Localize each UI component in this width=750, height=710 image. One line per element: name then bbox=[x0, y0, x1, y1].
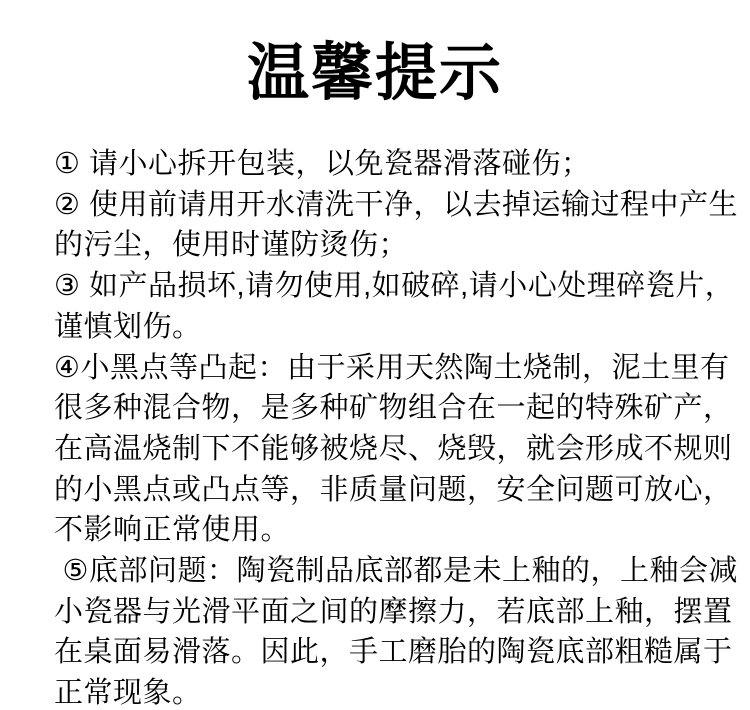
page-title: 温馨提示 bbox=[0, 38, 750, 110]
notice-line-12: 小瓷器与光滑平面之间的摩擦力，若底部上釉，摆置 bbox=[54, 592, 710, 633]
notice-body: ① 请小心拆开包装，以免瓷器滑落碰伤； ② 使用前请用开水清洗干净，以去掉运输过… bbox=[54, 144, 710, 710]
notice-line-3: 的污尘，使用时谨防烫伤； bbox=[54, 225, 710, 266]
notice-line-13: 在桌面易滑落。因此，手工磨胎的陶瓷底部粗糙属于 bbox=[54, 632, 710, 673]
notice-line-8: 在高温烧制下不能够被烧尽、烧毁，就会形成不规则 bbox=[54, 429, 710, 470]
notice-line-5: 谨慎划伤。 bbox=[54, 307, 710, 348]
notice-line-7: 很多种混合物，是多种矿物组合在一起的特殊矿产， bbox=[54, 388, 710, 429]
notice-line-1: ① 请小心拆开包装，以免瓷器滑落碰伤； bbox=[54, 144, 710, 185]
notice-line-4: ③ 如产品损坏,请勿使用,如破碎,请小心处理碎瓷片， bbox=[54, 266, 710, 307]
notice-page: 温馨提示 ① 请小心拆开包装，以免瓷器滑落碰伤； ② 使用前请用开水清洗干净，以… bbox=[0, 0, 750, 710]
notice-line-2: ② 使用前请用开水清洗干净，以去掉运输过程中产生 bbox=[54, 185, 710, 226]
notice-line-14: 正常现象。 bbox=[54, 673, 710, 710]
notice-line-6: ④小黑点等凸起：由于采用天然陶土烧制，泥土里有 bbox=[54, 348, 710, 389]
notice-line-10: 不影响正常使用。 bbox=[54, 510, 710, 551]
notice-line-9: 的小黑点或凸点等，非质量问题，安全问题可放心， bbox=[54, 470, 710, 511]
notice-line-11: ⑤底部问题：陶瓷制品底部都是未上釉的，上釉会减 bbox=[54, 551, 710, 592]
